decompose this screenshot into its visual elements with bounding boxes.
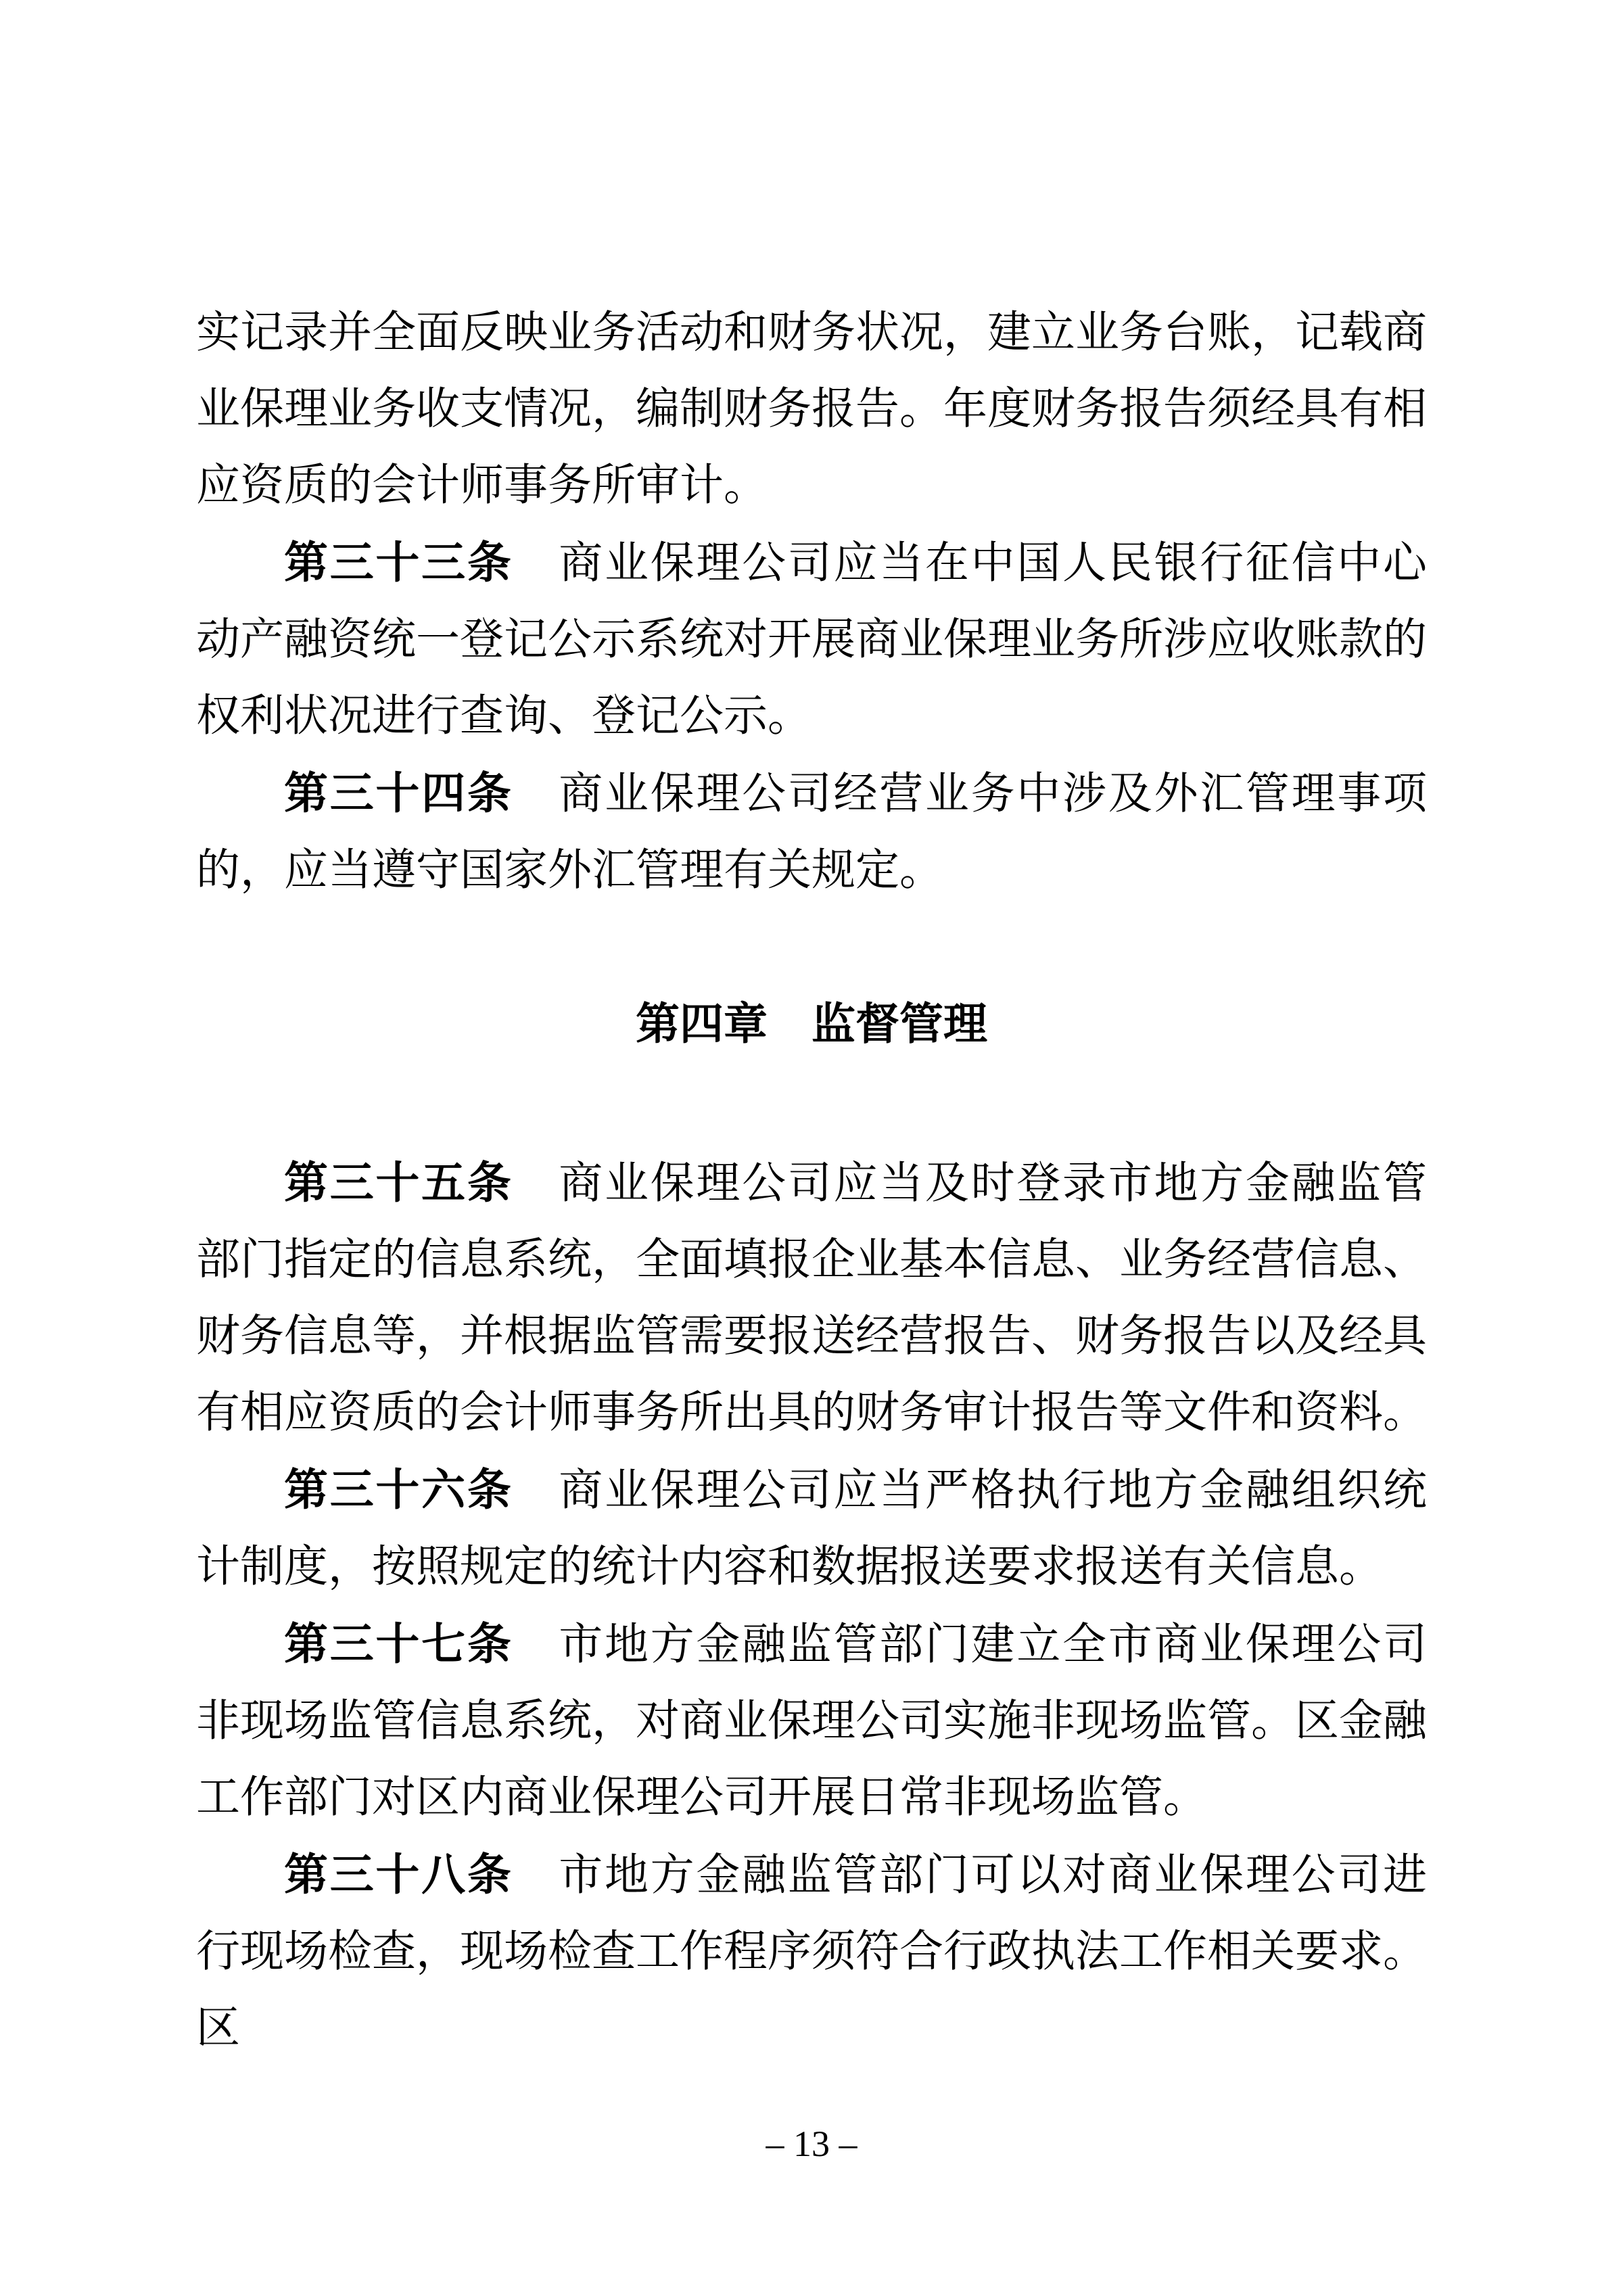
chapter-heading: 第四章 监督管理: [196, 985, 1427, 1062]
article-paragraph: 第三十三条 商业保理公司应当在中国人民银行征信中心动产融资统一登记公示系统对开展…: [196, 524, 1427, 755]
article-paragraph: 第三十六条 商业保理公司应当严格执行地方金融组织统计制度，按照规定的统计内容和数…: [196, 1451, 1427, 1606]
document-body: 实记录并全面反映业务活动和财务状况，建立业务台账，记载商业保理业务收支情况，编制…: [196, 295, 1427, 2067]
article-number: 第三十六条: [284, 1465, 513, 1514]
article-number: 第三十七条: [284, 1619, 513, 1668]
article-number: 第三十八条: [284, 1850, 513, 1899]
article-paragraph: 第三十四条 商业保理公司经营业务中涉及外汇管理事项的，应当遵守国家外汇管理有关规…: [196, 755, 1427, 909]
page-number: – 13 –: [0, 2124, 1623, 2164]
article-number: 第三十三条: [284, 538, 513, 587]
document-page: 实记录并全面反映业务活动和财务状况，建立业务台账，记载商业保理业务收支情况，编制…: [0, 0, 1623, 2296]
article-number: 第三十四条: [284, 768, 513, 818]
article-number: 第三十五条: [284, 1158, 513, 1207]
body-paragraph: 实记录并全面反映业务活动和财务状况，建立业务台账，记载商业保理业务收支情况，编制…: [196, 295, 1427, 524]
article-paragraph: 第三十五条 商业保理公司应当及时登录市地方金融监管部门指定的信息系统，全面填报企…: [196, 1144, 1427, 1451]
article-paragraph: 第三十七条 市地方金融监管部门建立全市商业保理公司非现场监管信息系统，对商业保理…: [196, 1606, 1427, 1836]
article-paragraph: 第三十八条 市地方金融监管部门可以对商业保理公司进行现场检查，现场检查工作程序须…: [196, 1836, 1427, 2067]
